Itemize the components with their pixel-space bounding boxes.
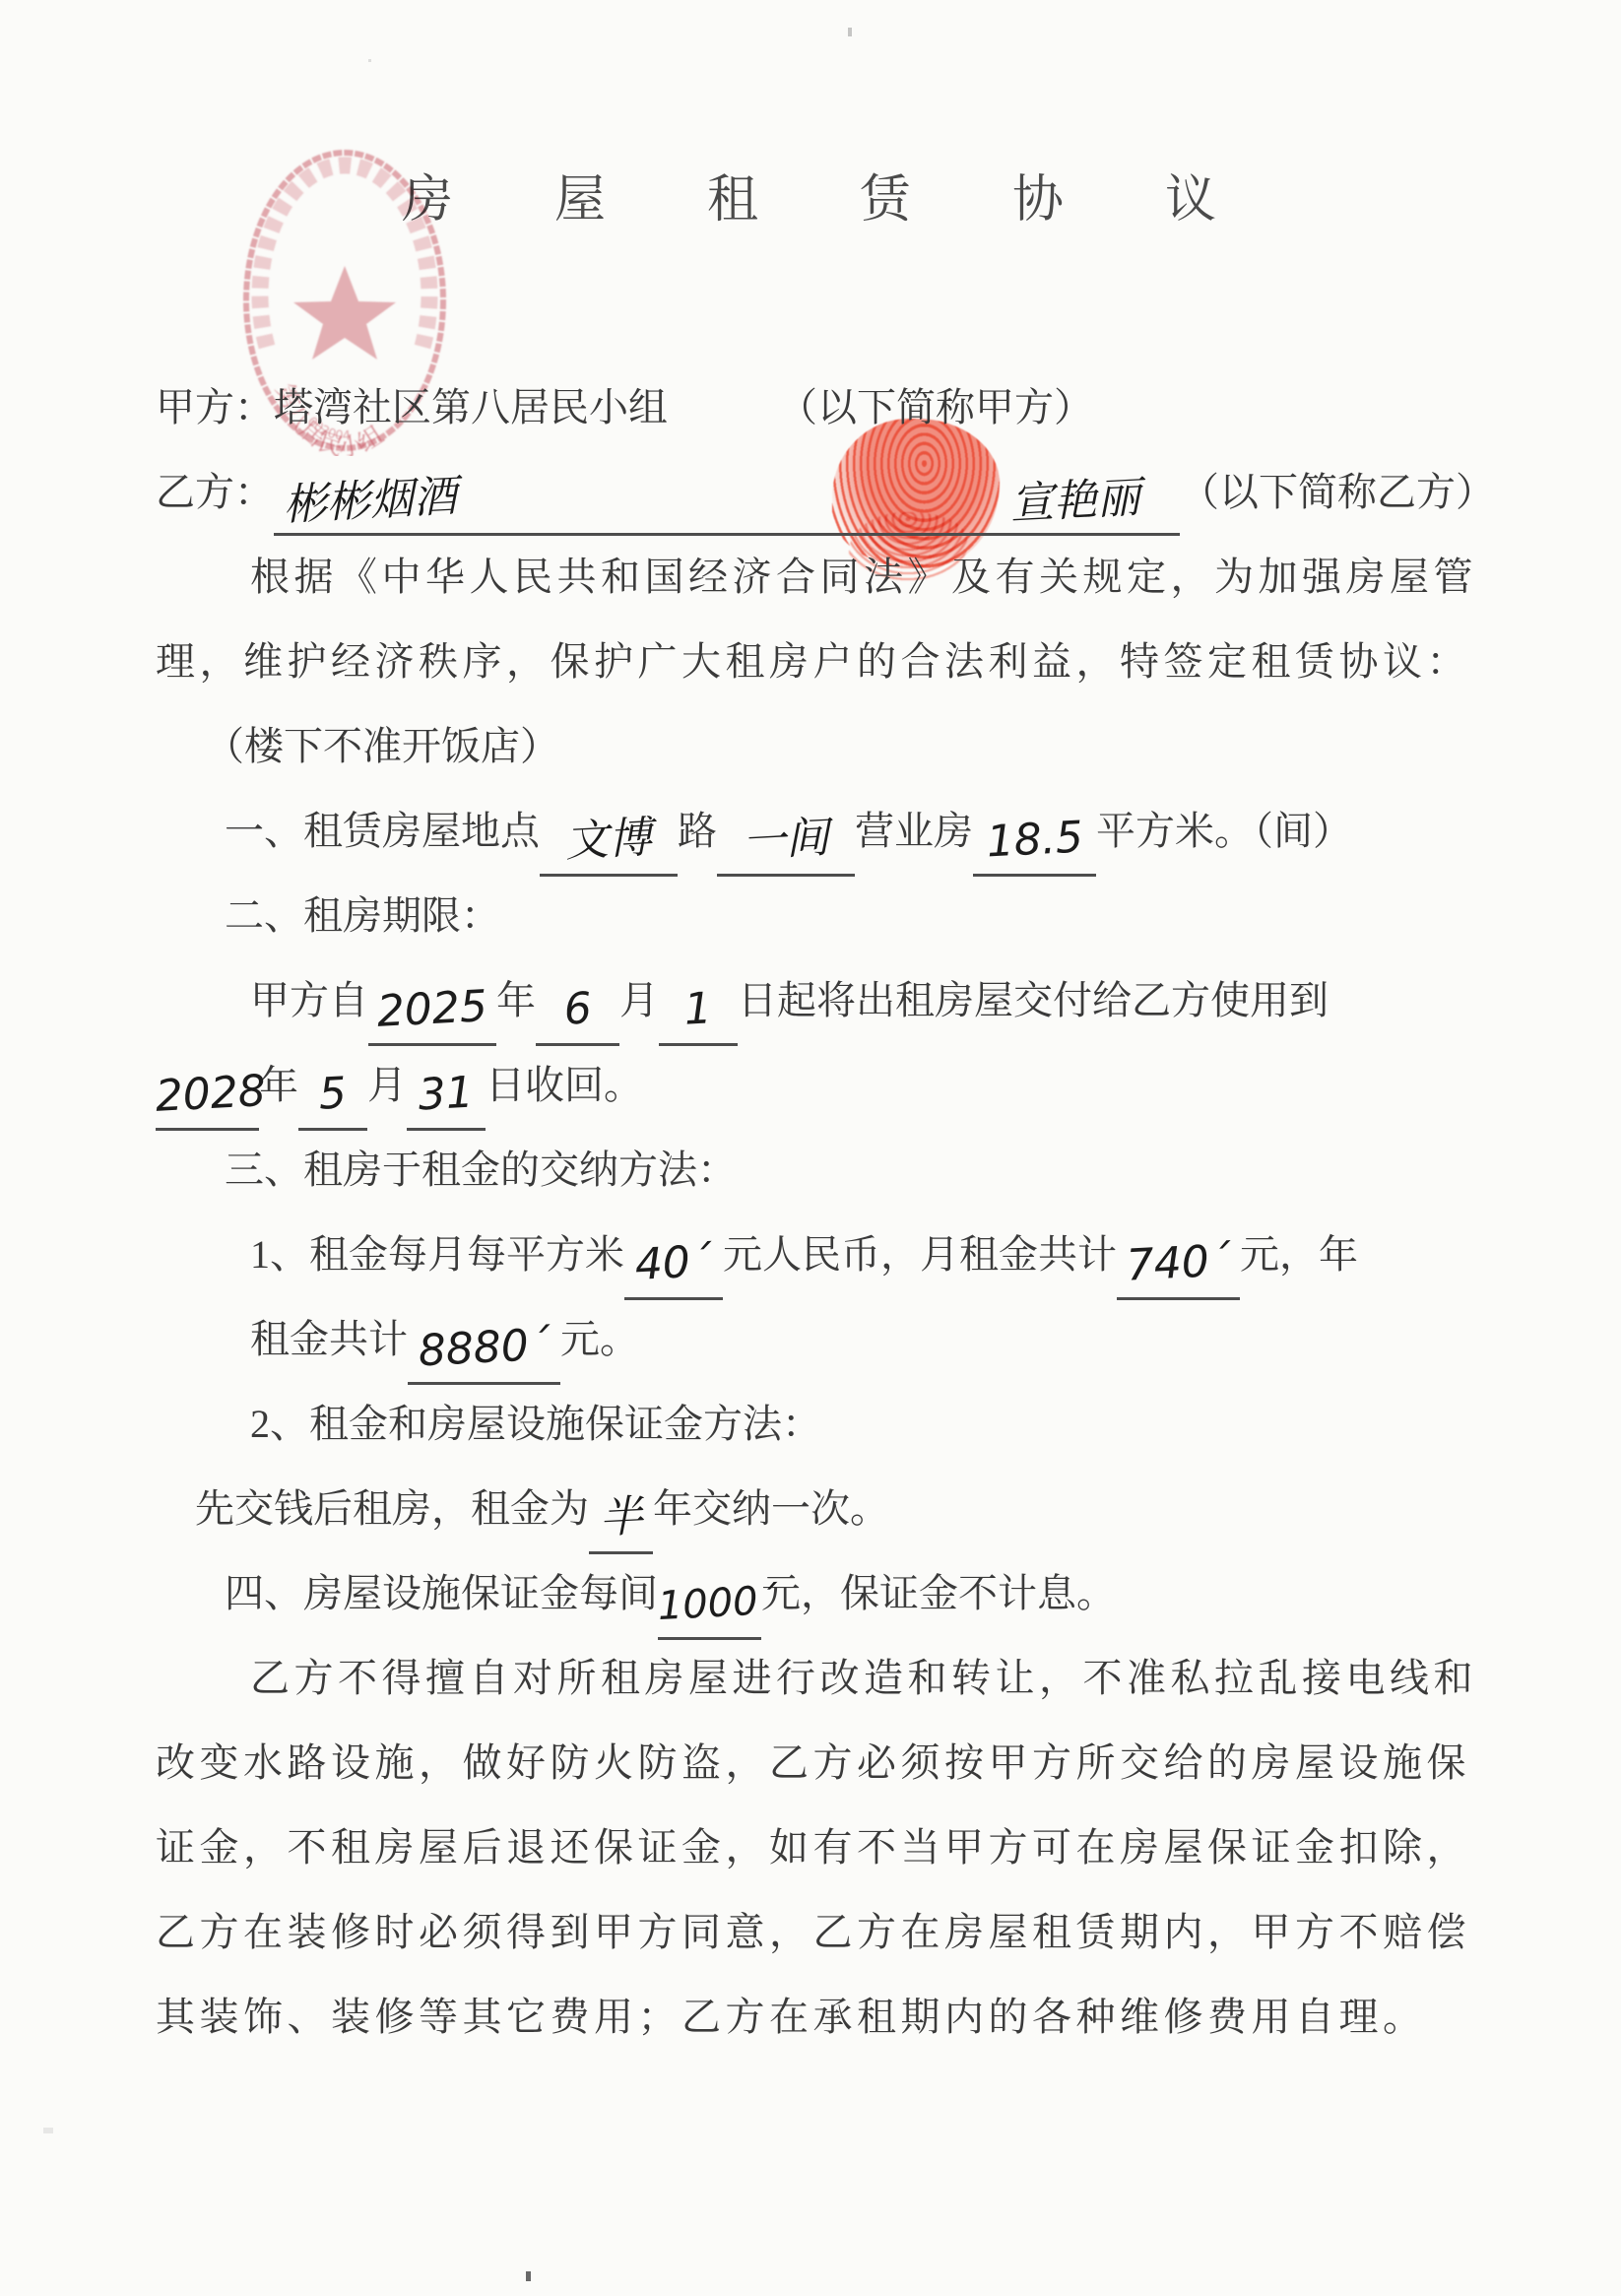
party-a-line: 甲方：塔湾社区第八居民小组（以下简称甲方） — [156, 365, 1467, 450]
clause1-post: 平方米。（间） — [1096, 809, 1352, 853]
preamble-line-2: 理，维护经济秩序，保护广大租房户的合法利益，特签定租赁协议： — [156, 620, 1467, 704]
rent2-post: 元。 — [560, 1317, 639, 1361]
end-year-blank: 2028 — [156, 1069, 259, 1131]
body-line-5: 其装饰、装修等其它费用；乙方在承租期内的各种维修费用自理。 — [156, 1975, 1467, 2060]
clause1-pre: 一、租赁房屋地点 — [225, 809, 540, 853]
deposit-post: 年交纳一次。 — [653, 1486, 889, 1531]
term-line-2: 2028年5月31日收回。 — [156, 1043, 1467, 1128]
road-name-value: 文博 — [563, 809, 653, 873]
deposit-amount-blank: 1000ˊ — [658, 1578, 761, 1640]
clause2-heading: 二、租房期限： — [156, 874, 1467, 958]
start-month-blank: 6 — [536, 984, 619, 1046]
clause4-post: 元，保证金不计息。 — [761, 1571, 1116, 1615]
deposit-pre: 先交钱后租房，租金为 — [195, 1486, 589, 1531]
term2-post: 日收回。 — [486, 1063, 643, 1107]
clause4-pre: 四、房屋设施保证金每间 — [225, 1571, 658, 1615]
pay-period-blank: 半 — [589, 1492, 653, 1554]
end-day-value: 31 — [417, 1064, 475, 1126]
star-icon — [293, 266, 396, 360]
party-a-alias: （以下简称甲方） — [778, 385, 1093, 429]
party-b-name-blank: 彬彬烟酒宣艳丽 — [274, 475, 1180, 536]
deposit-line: 先交钱后租房，租金为半年交纳一次。 — [156, 1467, 1467, 1551]
rent-per-sqm-blank: 40ˊ — [624, 1238, 723, 1300]
road-name-blank: 文博 — [540, 815, 678, 877]
start-month-value: 6 — [562, 979, 593, 1039]
party-b-shop-name: 彬彬烟酒 — [282, 466, 458, 533]
rooms-value: 一间 — [741, 809, 830, 873]
note-line: （楼下不准开饭店） — [156, 704, 1467, 789]
party-b-person-name: 宣艳丽 — [1008, 468, 1141, 533]
clause1-line: 一、租赁房屋地点文博路一间营业房18.5平方米。（间） — [156, 789, 1467, 874]
rent-monthly-value: 740ˊ — [1125, 1231, 1232, 1295]
body-line-2: 改变水路设施，做好防火防盗，乙方必须按甲方所交给的房屋设施保 — [156, 1721, 1467, 1805]
start-year-value: 2025 — [375, 977, 488, 1042]
deposit-amount-value: 1000ˊ — [656, 1571, 779, 1636]
clause1-mid1: 路 — [678, 809, 717, 853]
end-year-value: 2028 — [154, 1062, 267, 1127]
party-a-name: 塔湾社区第八居民小组 — [274, 385, 668, 429]
rent-yearly-value: 8880ˊ — [417, 1316, 551, 1382]
term1-month-unit: 月 — [619, 978, 659, 1022]
clause3-heading: 三、租房于租金的交纳方法： — [156, 1128, 1467, 1213]
start-day-value: 1 — [682, 979, 713, 1039]
rent1-pre: 1、租金每月每平方米 — [250, 1232, 624, 1277]
scan-speck — [848, 28, 852, 36]
rental-agreement-page: 第八居民小组 002004 房 屋 租 赁 协 议 甲方：塔湾社区第八居民小组（… — [0, 0, 1621, 2296]
end-day-blank: 31 — [407, 1069, 486, 1131]
clause1-mid2: 营业房 — [855, 809, 973, 853]
rent1-mid: 元人民币，月租金共计 — [723, 1232, 1117, 1277]
body-line-4: 乙方在装修时必须得到甲方同意，乙方在房屋租赁期内，甲方不赔偿 — [156, 1890, 1467, 1975]
body-line-1: 乙方不得擅自对所租房屋进行改造和转让，不准私拉乱接电线和 — [156, 1636, 1467, 1721]
preamble-line-1: 根据《中华人民共和国经济合同法》及有关规定，为加强房屋管 — [156, 535, 1467, 620]
party-b-label: 乙方： — [156, 470, 274, 514]
rent-per-sqm-value: 40ˊ — [633, 1232, 713, 1295]
party-a-label: 甲方： — [156, 385, 274, 429]
start-year-blank: 2025 — [368, 984, 496, 1046]
rooms-blank: 一间 — [717, 815, 855, 877]
start-day-blank: 1 — [659, 984, 738, 1046]
area-blank: 18.5 — [973, 815, 1096, 877]
rent-line-1: 1、租金每月每平方米40ˊ元人民币，月租金共计740ˊ元，年 — [156, 1213, 1467, 1297]
body-line-3: 证金，不租房屋后退还保证金，如有不当甲方可在房屋保证金扣除， — [156, 1805, 1467, 1890]
party-b-alias: （以下简称乙方） — [1180, 470, 1495, 514]
rent-yearly-blank: 8880ˊ — [408, 1323, 560, 1385]
end-month-value: 5 — [317, 1064, 348, 1124]
party-b-line: 乙方：彬彬烟酒宣艳丽（以下简称乙方） — [156, 450, 1467, 535]
scan-speck — [526, 2271, 531, 2281]
deposit-heading: 2、租金和房屋设施保证金方法： — [156, 1382, 1467, 1467]
pay-period-value: 半 — [598, 1487, 644, 1548]
rent-line-2: 租金共计8880ˊ元。 — [156, 1297, 1467, 1382]
term1-post: 日起将出租房屋交付给乙方使用到 — [738, 978, 1329, 1022]
term2-month-unit: 月 — [367, 1063, 407, 1107]
rent1-post: 元，年 — [1240, 1232, 1358, 1277]
clause4-line: 四、房屋设施保证金每间1000ˊ元，保证金不计息。 — [156, 1551, 1467, 1636]
end-month-blank: 5 — [298, 1069, 367, 1131]
term1-pre: 甲方自 — [250, 978, 368, 1022]
scan-speck — [43, 2128, 53, 2133]
doc-title: 房 屋 租 赁 协 议 — [402, 163, 1467, 239]
rent2-pre: 租金共计 — [250, 1317, 408, 1361]
scan-speck — [368, 59, 371, 62]
area-value: 18.5 — [985, 808, 1084, 872]
rent-monthly-blank: 740ˊ — [1117, 1238, 1240, 1300]
term-line-1: 甲方自2025年6月1日起将出租房屋交付给乙方使用到 — [156, 958, 1467, 1043]
term1-year-unit: 年 — [496, 978, 536, 1022]
